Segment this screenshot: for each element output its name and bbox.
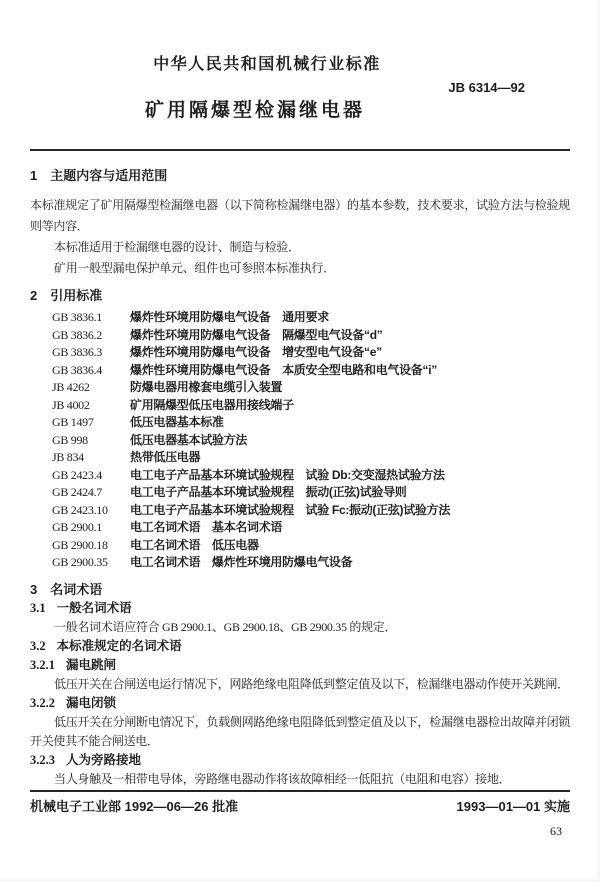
standard-number: JB 6314—92 [30,80,570,95]
reference-code: GB 3836.1 [52,309,130,327]
clause-title: 漏电跳闸 [66,658,116,672]
clause-title: 人为旁路接地 [66,753,141,767]
implementation-note: 1993—01—01 实施 [457,799,570,815]
reference-code: GB 2423.10 [52,502,130,520]
clause-title: 漏电闭锁 [66,696,116,710]
section-3-number: 3 [30,580,37,599]
reference-item: GB 3836.2爆炸性环境用防爆电气设备 隔爆型电气设备“d” [30,327,570,345]
section-1-heading: 1主题内容与适用范围 [30,167,570,185]
reference-code: GB 2900.1 [52,519,130,537]
reference-item: JB 4002矿用隔爆型低压电器用接线端子 [30,397,570,415]
reference-item: GB 2423.10电工电子产品基本环境试验规程 试验 Fc:振动(正弦)试验方… [30,502,570,520]
reference-title: 电工名词术语 基本名词术语 [130,520,282,534]
reference-code: JB 834 [52,449,130,467]
clause-3-1-heading: 3.1一般名词术语 [30,599,570,618]
reference-title: 电工电子产品基本环境试验规程 试验 Fc:振动(正弦)试验方法 [130,503,450,517]
clause-number: 3.2.2 [30,694,55,713]
reference-title: 热带低压电器 [130,450,200,464]
standard-type-heading: 中华人民共和国机械行业标准 [0,55,537,74]
section-1-title: 主题内容与适用范围 [50,168,167,183]
reference-title: 爆炸性环境用防爆电气设备 通用要求 [130,310,329,324]
reference-item: JB 834热带低压电器 [30,449,570,467]
reference-title: 爆炸性环境用防爆电气设备 增安型电气设备“e” [130,345,382,359]
reference-item: GB 2900.1电工名词术语 基本名词术语 [30,519,570,537]
approval-note: 机械电子工业部 1992—06—26 批准 [30,799,238,815]
reference-item: JB 4262防爆电器用橡套电缆引入装置 [30,379,570,397]
reference-item: GB 3836.4爆炸性环境用防爆电气设备 本质安全型电路和电气设备“i” [30,362,570,380]
clause-number: 3.2.1 [30,656,55,675]
clause-number: 3.1 [30,599,46,618]
reference-title: 爆炸性环境用防爆电气设备 隔爆型电气设备“d” [130,328,382,342]
reference-title: 矿用隔爆型低压电器用接线端子 [130,398,294,412]
clause-title: 一般名词术语 [57,601,132,615]
header-rule [30,149,570,151]
clause-number: 3.2.3 [30,751,55,770]
reference-title: 电工名词术语 低压电器 [130,538,259,552]
reference-code: GB 998 [52,432,130,450]
reference-item: GB 998低压电器基本试验方法 [30,432,570,450]
reference-code: GB 2424.7 [52,484,130,502]
reference-title: 爆炸性环境用防爆电气设备 本质安全型电路和电气设备“i” [130,363,437,377]
reference-code: JB 4262 [52,379,130,397]
reference-code: GB 3836.2 [52,327,130,345]
clause-title: 本标准规定的名词术语 [57,639,182,653]
reference-code: JB 4002 [52,397,130,415]
reference-item: GB 2900.18电工名词术语 低压电器 [30,537,570,555]
section-2-title: 引用标准 [50,288,102,303]
reference-code: GB 3836.4 [52,362,130,380]
reference-item: GB 2424.7电工电子产品基本环境试验规程 振动(正弦)试验导则 [30,484,570,502]
reference-title: 低压电器基本试验方法 [130,433,247,447]
reference-title: 电工名词术语 爆炸性环境用防爆电气设备 [130,555,352,569]
reference-code: GB 2900.35 [52,554,130,572]
section-3-heading: 3名词术语 [30,580,570,599]
reference-title: 电工电子产品基本环境试验规程 试验 Db:交变湿热试验方法 [130,468,445,482]
standard-document-page: 中华人民共和国机械行业标准 JB 6314—92 矿用隔爆型检漏继电器 1主题内… [0,0,600,882]
clause-3-2-1-body: 低压开关在合闸送电运行情况下，网路绝缘电阻降低到整定值及以下，检漏继电器动作使开… [30,675,570,694]
clause-3-2-2-body: 低压开关在分闸断电情况下，负载侧网路绝缘电阻降低到整定值及以下，检漏继电器检出故… [30,713,570,751]
section-1-paragraph: 本标准规定了矿用隔爆型检漏继电器（以下简称检漏继电器）的基本参数，技术要求，试验… [30,195,570,237]
section-1-paragraph: 矿用一般型漏电保护单元、组件也可参照本标准执行． [30,258,570,279]
document-title: 矿用隔爆型检漏继电器 [0,99,525,123]
section-2-number: 2 [30,287,37,305]
reference-title: 低压电器基本标准 [130,415,224,429]
section-1-number: 1 [30,167,37,185]
page-number: 63 [550,824,562,838]
reference-list: GB 3836.1爆炸性环境用防爆电气设备 通用要求 GB 3836.2爆炸性环… [30,309,570,572]
footer-rule [30,790,570,792]
document-footer: 机械电子工业部 1992—06—26 批准 1993—01—01 实施 [30,790,570,815]
reference-code: GB 2423.4 [52,467,130,485]
clause-3-2-heading: 3.2本标准规定的名词术语 [30,637,570,656]
reference-title: 防爆电器用橡套电缆引入装置 [130,380,282,394]
reference-item: GB 1497低压电器基本标准 [30,414,570,432]
reference-title: 电工电子产品基本环境试验规程 振动(正弦)试验导则 [130,485,407,499]
clause-3-1-body: 一般名词术语应符合 GB 2900.1、GB 2900.18、GB 2900.3… [30,618,570,637]
reference-code: GB 1497 [52,414,130,432]
reference-item: GB 2423.4电工电子产品基本环境试验规程 试验 Db:交变湿热试验方法 [30,467,570,485]
reference-item: GB 3836.3爆炸性环境用防爆电气设备 增安型电气设备“e” [30,344,570,362]
clause-3-2-2-heading: 3.2.2漏电闭锁 [30,694,570,713]
clause-3-2-1-heading: 3.2.1漏电跳闸 [30,656,570,675]
clause-number: 3.2 [30,637,46,656]
reference-item: GB 3836.1爆炸性环境用防爆电气设备 通用要求 [30,309,570,327]
reference-code: GB 3836.3 [52,344,130,362]
section-3-title: 名词术语 [50,582,102,597]
clause-3-2-3-body: 当人身触及一相带电导体，旁路继电器动作将该故障相经一低阻抗（电阻和电容）接地． [30,770,570,789]
section-1-paragraph: 本标准适用于检漏继电器的设计、制造与检验． [30,237,570,258]
section-2-heading: 2引用标准 [30,287,570,305]
reference-item: GB 2900.35电工名词术语 爆炸性环境用防爆电气设备 [30,554,570,572]
clause-3-2-3-heading: 3.2.3人为旁路接地 [30,751,570,770]
reference-code: GB 2900.18 [52,537,130,555]
